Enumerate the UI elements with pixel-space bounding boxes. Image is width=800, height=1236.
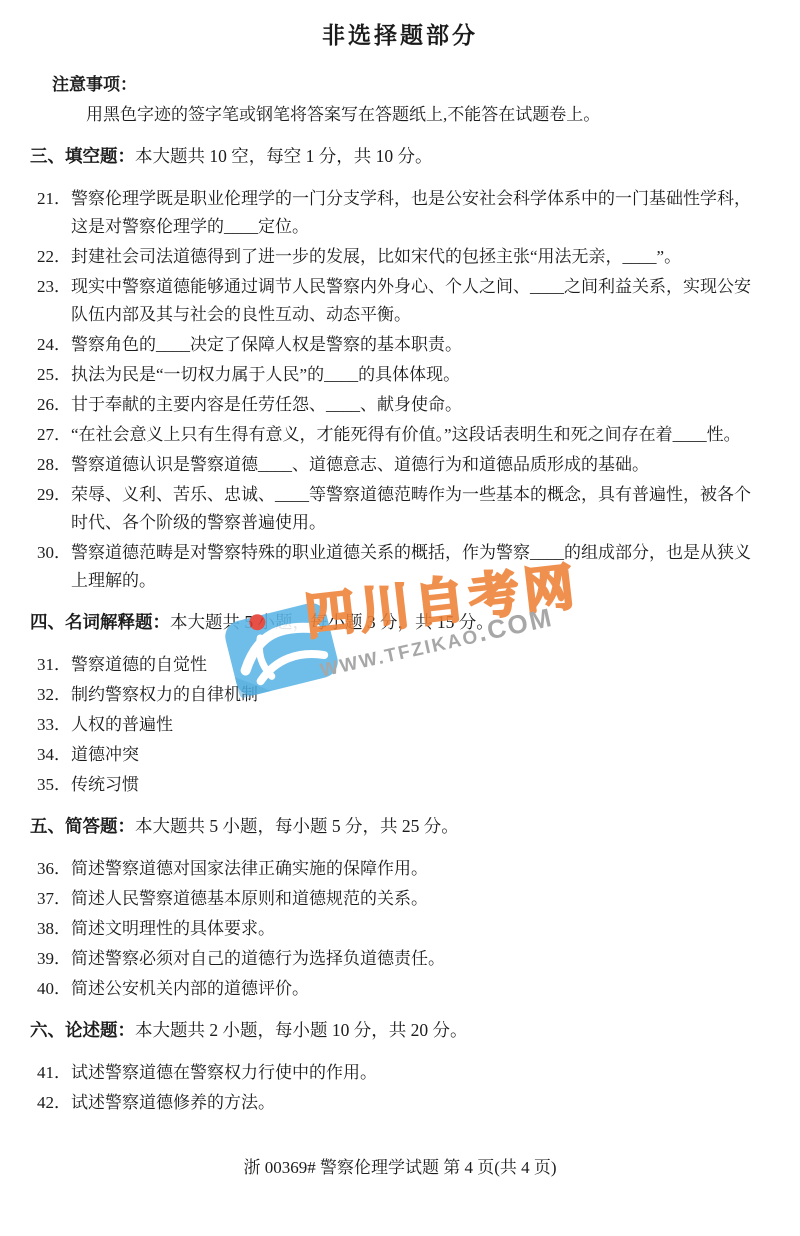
question-item: 38．简述文明理性的具体要求。 [37, 915, 764, 943]
section-heading-label: 五、简答题： [30, 816, 135, 836]
question-item: 21．警察伦理学既是职业伦理学的一门分支学科，也是公安社会科学体系中的一门基础性… [37, 185, 764, 241]
question-item: 26．甘于奉献的主要内容是任劳任怨、____、献身使命。 [37, 391, 764, 419]
section-heading-desc: 本大题共 10 空，每空 1 分，共 10 分。 [135, 146, 433, 166]
question-text: 荣辱、义利、苦乐、忠诚、____等警察道德范畴作为一些基本的概念，具有普遍性，被… [71, 481, 764, 537]
question-item: 33．人权的普遍性 [37, 711, 764, 739]
question-number: 24． [37, 331, 71, 359]
question-number: 42． [37, 1089, 71, 1117]
question-number: 26． [37, 391, 71, 419]
question-number: 36． [37, 855, 71, 883]
question-text: 试述警察道德修养的方法。 [71, 1089, 764, 1117]
question-item: 40．简述公安机关内部的道德评价。 [37, 975, 764, 1003]
question-text: 简述警察必须对自己的道德行为选择负道德责任。 [71, 945, 764, 973]
question-text: 执法为民是“一切权力属于人民”的____的具体体现。 [71, 361, 764, 389]
question-number: 34． [37, 741, 71, 769]
section-heading: 四、名词解释题：本大题共 5 小题，每小题 3 分，共 15 分。 [30, 608, 764, 636]
question-text: 人权的普遍性 [71, 711, 764, 739]
section-heading: 六、论述题：本大题共 2 小题，每小题 10 分，共 20 分。 [30, 1016, 764, 1044]
question-number: 33． [37, 711, 71, 739]
question-item: 42．试述警察道德修养的方法。 [37, 1089, 764, 1117]
question-number: 22． [37, 243, 71, 271]
question-text: 制约警察权力的自律机制 [71, 681, 764, 709]
question-number: 39． [37, 945, 71, 973]
section-heading-label: 四、名词解释题： [30, 612, 170, 632]
notice-text: 用黑色字迹的签字笔或钢笔将答案写在答题纸上,不能答在试题卷上。 [86, 101, 764, 129]
question-item: 23．现实中警察道德能够通过调节人民警察内外身心、个人之间、____之间利益关系… [37, 273, 764, 329]
question-text: 警察道德认识是警察道德____、道德意志、道德行为和道德品质形成的基础。 [71, 451, 764, 479]
question-text: 简述人民警察道德基本原则和道德规范的关系。 [71, 885, 764, 913]
question-item: 24．警察角色的____决定了保障人权是警察的基本职责。 [37, 331, 764, 359]
question-text: 警察道德范畴是对警察特殊的职业道德关系的概括，作为警察____的组成部分，也是从… [71, 539, 764, 595]
question-number: 29． [37, 481, 71, 537]
question-item: 35．传统习惯 [37, 771, 764, 799]
question-item: 37．简述人民警察道德基本原则和道德规范的关系。 [37, 885, 764, 913]
question-item: 22．封建社会司法道德得到了进一步的发展，比如宋代的包拯主张“用法无亲，____… [37, 243, 764, 271]
question-section: 四、名词解释题：本大题共 5 小题，每小题 3 分，共 15 分。31．警察道德… [0, 608, 800, 799]
question-number: 28． [37, 451, 71, 479]
question-number: 27． [37, 421, 71, 449]
question-item: 34．道德冲突 [37, 741, 764, 769]
question-text: 警察伦理学既是职业伦理学的一门分支学科，也是公安社会科学体系中的一门基础性学科，… [71, 185, 764, 241]
section-heading: 五、简答题：本大题共 5 小题，每小题 5 分，共 25 分。 [30, 812, 764, 840]
section-heading-label: 六、论述题： [30, 1020, 135, 1040]
question-number: 37． [37, 885, 71, 913]
question-item: 36．简述警察道德对国家法律正确实施的保障作用。 [37, 855, 764, 883]
question-item: 39．简述警察必须对自己的道德行为选择负道德责任。 [37, 945, 764, 973]
page-footer: 浙 00369# 警察伦理学试题 第 4 页(共 4 页) [0, 1155, 800, 1181]
question-item: 31．警察道德的自觉性 [37, 651, 764, 679]
question-item: 29．荣辱、义利、苦乐、忠诚、____等警察道德范畴作为一些基本的概念，具有普遍… [37, 481, 764, 537]
question-text: 简述公安机关内部的道德评价。 [71, 975, 764, 1003]
section-heading-desc: 本大题共 5 小题，每小题 5 分，共 25 分。 [135, 816, 459, 836]
section-heading-label: 三、填空题： [30, 146, 135, 166]
question-text: 传统习惯 [71, 771, 764, 799]
question-number: 38． [37, 915, 71, 943]
question-text: 警察道德的自觉性 [71, 651, 764, 679]
question-item: 30．警察道德范畴是对警察特殊的职业道德关系的概括，作为警察____的组成部分，… [37, 539, 764, 595]
question-text: 警察角色的____决定了保障人权是警察的基本职责。 [71, 331, 764, 359]
exam-page: 非选择题部分 注意事项： 用黑色字迹的签字笔或钢笔将答案写在答题纸上,不能答在试… [0, 0, 800, 1236]
question-text: 试述警察道德在警察权力行使中的作用。 [71, 1059, 764, 1087]
question-text: 封建社会司法道德得到了进一步的发展，比如宋代的包拯主张“用法无亲，____”。 [71, 243, 764, 271]
question-item: 28．警察道德认识是警察道德____、道德意志、道德行为和道德品质形成的基础。 [37, 451, 764, 479]
question-number: 41． [37, 1059, 71, 1087]
question-text: 简述文明理性的具体要求。 [71, 915, 764, 943]
question-text: “在社会意义上只有生得有意义，才能死得有价值。”这段话表明生和死之间存在着___… [71, 421, 764, 449]
question-number: 23． [37, 273, 71, 329]
question-item: 25．执法为民是“一切权力属于人民”的____的具体体现。 [37, 361, 764, 389]
notice-heading: 注意事项： [52, 71, 800, 99]
question-item: 41．试述警察道德在警察权力行使中的作用。 [37, 1059, 764, 1087]
question-text: 简述警察道德对国家法律正确实施的保障作用。 [71, 855, 764, 883]
question-item: 27．“在社会意义上只有生得有意义，才能死得有价值。”这段话表明生和死之间存在着… [37, 421, 764, 449]
question-number: 25． [37, 361, 71, 389]
question-section: 五、简答题：本大题共 5 小题，每小题 5 分，共 25 分。36．简述警察道德… [0, 812, 800, 1003]
question-number: 21． [37, 185, 71, 241]
question-text: 道德冲突 [71, 741, 764, 769]
question-section: 三、填空题：本大题共 10 空，每空 1 分，共 10 分。21．警察伦理学既是… [0, 142, 800, 595]
section-heading-desc: 本大题共 5 小题，每小题 3 分，共 15 分。 [170, 612, 494, 632]
question-number: 40． [37, 975, 71, 1003]
section-heading-desc: 本大题共 2 小题，每小题 10 分，共 20 分。 [135, 1020, 468, 1040]
question-number: 32． [37, 681, 71, 709]
question-number: 35． [37, 771, 71, 799]
question-text: 现实中警察道德能够通过调节人民警察内外身心、个人之间、____之间利益关系，实现… [71, 273, 764, 329]
page-title: 非选择题部分 [0, 0, 800, 50]
question-number: 31． [37, 651, 71, 679]
question-text: 甘于奉献的主要内容是任劳任怨、____、献身使命。 [71, 391, 764, 419]
question-item: 32．制约警察权力的自律机制 [37, 681, 764, 709]
question-number: 30． [37, 539, 71, 595]
section-heading: 三、填空题：本大题共 10 空，每空 1 分，共 10 分。 [30, 142, 764, 170]
question-section: 六、论述题：本大题共 2 小题，每小题 10 分，共 20 分。41．试述警察道… [0, 1016, 800, 1117]
sections: 三、填空题：本大题共 10 空，每空 1 分，共 10 分。21．警察伦理学既是… [0, 142, 800, 1117]
